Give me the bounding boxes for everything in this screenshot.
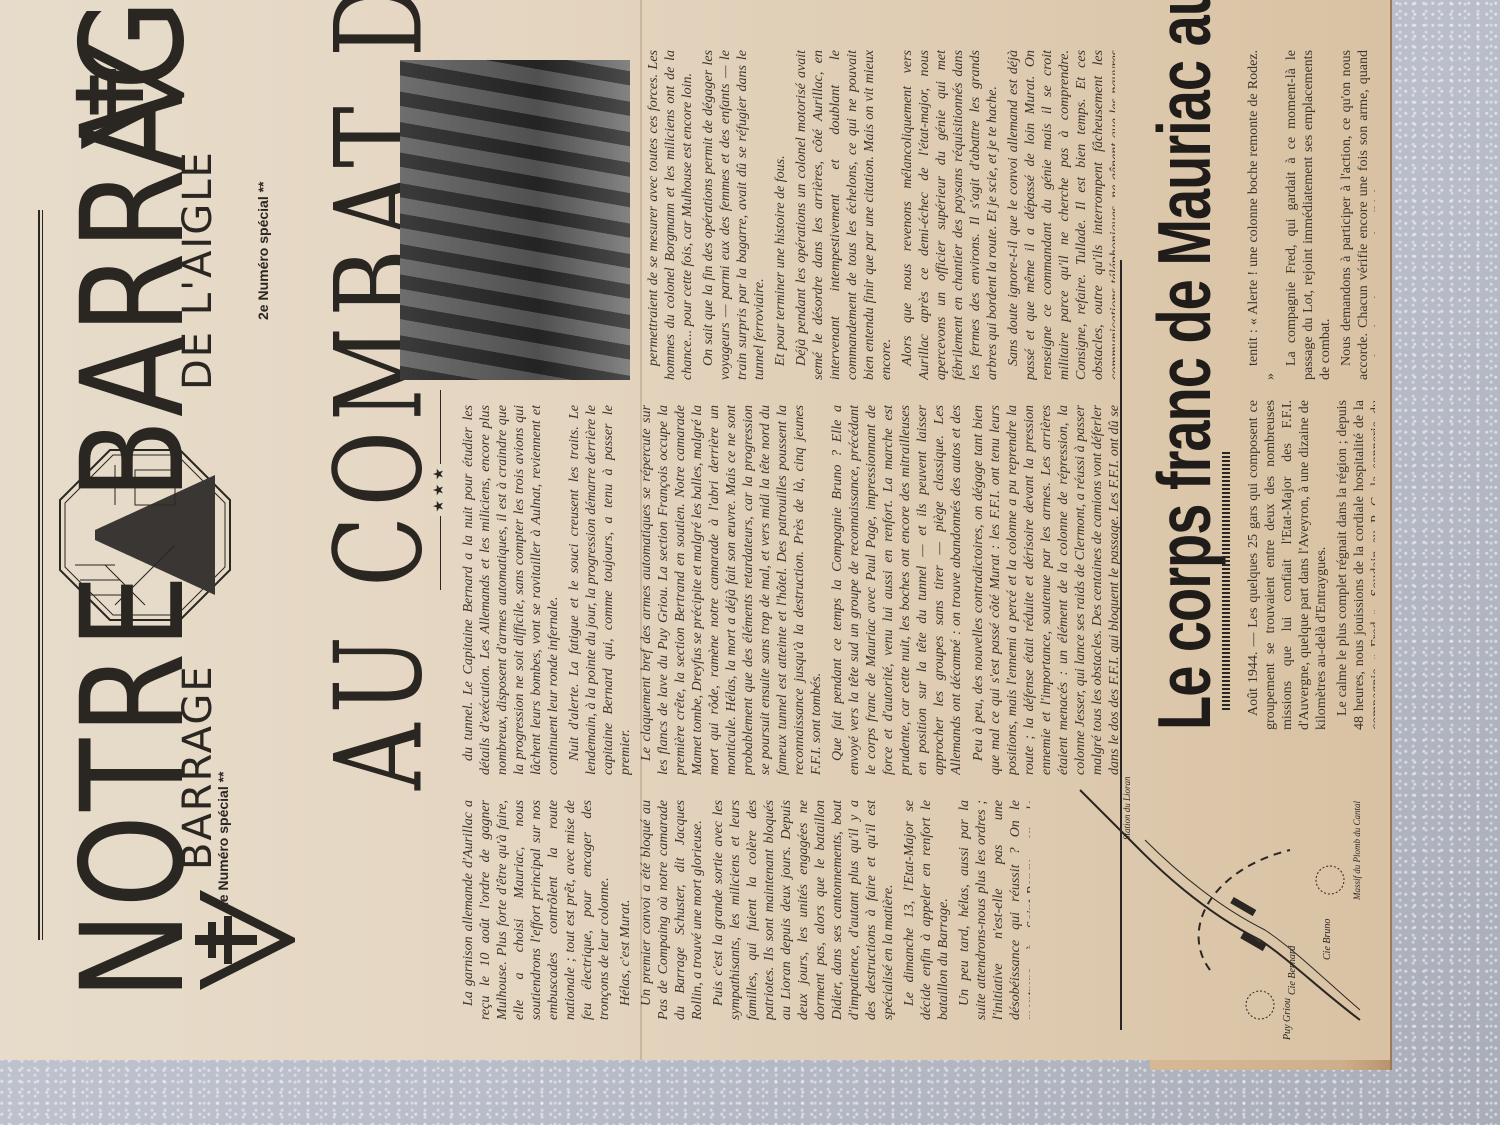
paragraph: du tunnel. Le Capitaine Bernard a la nui… <box>460 405 562 775</box>
map-label-puy-griou: Puy Griou <box>1282 998 1293 1041</box>
paragraph: Un peu tard, hélas, aussi par la suite a… <box>956 800 1030 1020</box>
map-label-plomb-du-cantal: Massif du Plomb du Cantal <box>1352 800 1362 901</box>
ornament-stars: ★ ★ ★ <box>432 464 447 517</box>
paragraph: Alors que nous revenons mélancoliquement… <box>899 50 1001 380</box>
lioran-map: Puy Griou Cie Bernard Cie Bruno Massif d… <box>1060 760 1380 1050</box>
article2-rule <box>1120 260 1122 1030</box>
issue-label-right: 2e Numéro spécial ** <box>255 181 271 320</box>
paragraph: Sans doute ignore-t-il que le convoi all… <box>1005 50 1115 380</box>
article1-column-2-bottom: Peu à peu, des nouvelles contradictoires… <box>970 405 1120 775</box>
paragraph: La compagnie Fred, qui gardait à ce mome… <box>1283 50 1334 380</box>
paragraph: Nuit d'alerte. La fatigue et le souci cr… <box>566 405 634 775</box>
masthead-right-subtitle: DE L'AIGLE <box>175 150 221 390</box>
paragraph: tentit : « Alerte ! une colonne boche re… <box>1245 50 1279 380</box>
article1-column-2: du tunnel. Le Capitaine Bernard a la nui… <box>460 405 960 775</box>
article2-column-1: Août 1944. — Les quelques 25 gars qui co… <box>1245 400 1375 730</box>
article2-title-underline <box>1222 450 1230 710</box>
paragraph: On sait que la fin des opérations permit… <box>700 50 768 380</box>
cross-of-lorraine-v-icon <box>190 880 300 1000</box>
map-label-cie-bernard: Cie Bernard <box>1287 945 1298 995</box>
headline-ornament: ★ ★ ★ <box>440 390 441 590</box>
paragraph: Que fait pendant ce temps la Compagnie B… <box>829 405 960 775</box>
paragraph: Le dimanche 13, l'Etat-Major se décide e… <box>901 800 952 1020</box>
map-label-station-lioran: Station du Lioran <box>1122 776 1132 840</box>
map-label-cie-bruno: Cie Bruno <box>1322 919 1333 960</box>
paragraph: Déjà pendant les opérations un colonel m… <box>793 50 895 380</box>
paragraph: Le claquement bref des armes automatique… <box>638 405 825 775</box>
paragraph: Hélas, c'est Murat. <box>617 800 634 1020</box>
paragraph: Et pour terminer une histoire de fous. <box>772 50 789 380</box>
article1-column-1: La garnison allemande d'Aurillac a reçu … <box>460 800 1030 1020</box>
article2-column-2: tentit : « Alerte ! une colonne boche re… <box>1245 50 1375 380</box>
paragraph: Nous demandons à participer à l'action, … <box>1338 50 1375 380</box>
paragraph: Août 1944. — Les quelques 25 gars qui co… <box>1245 400 1330 730</box>
masthead-rule <box>38 210 43 940</box>
rotated-newspaper-page: NOTRE BARRAGE 2e Numéro spécial ** BARRA… <box>0 0 1390 1060</box>
article2-title: Le corps franc de Mauriac au Lioran <box>1140 40 1228 760</box>
paragraph: Un premier convoi a été bloqué au Pas de… <box>638 800 706 1020</box>
paragraph: Peu à peu, des nouvelles contradictoires… <box>970 405 1120 775</box>
paragraph: Le calme le plus complet régnait dans la… <box>1334 400 1375 730</box>
paragraph: permettraient de se mesurer avec toutes … <box>645 50 696 380</box>
paragraph: La garnison allemande d'Aurillac a reçu … <box>460 800 613 1020</box>
cross-of-lorraine-v-icon <box>70 30 190 160</box>
paragraph: Puis c'est la grande sortie avec les sym… <box>710 800 897 1020</box>
newspaper-page: NOTRE BARRAGE 2e Numéro spécial ** BARRA… <box>0 0 1390 1060</box>
soldiers-photograph <box>400 60 630 380</box>
article1-column-3: permettraient de se mesurer avec toutes … <box>645 50 1115 380</box>
